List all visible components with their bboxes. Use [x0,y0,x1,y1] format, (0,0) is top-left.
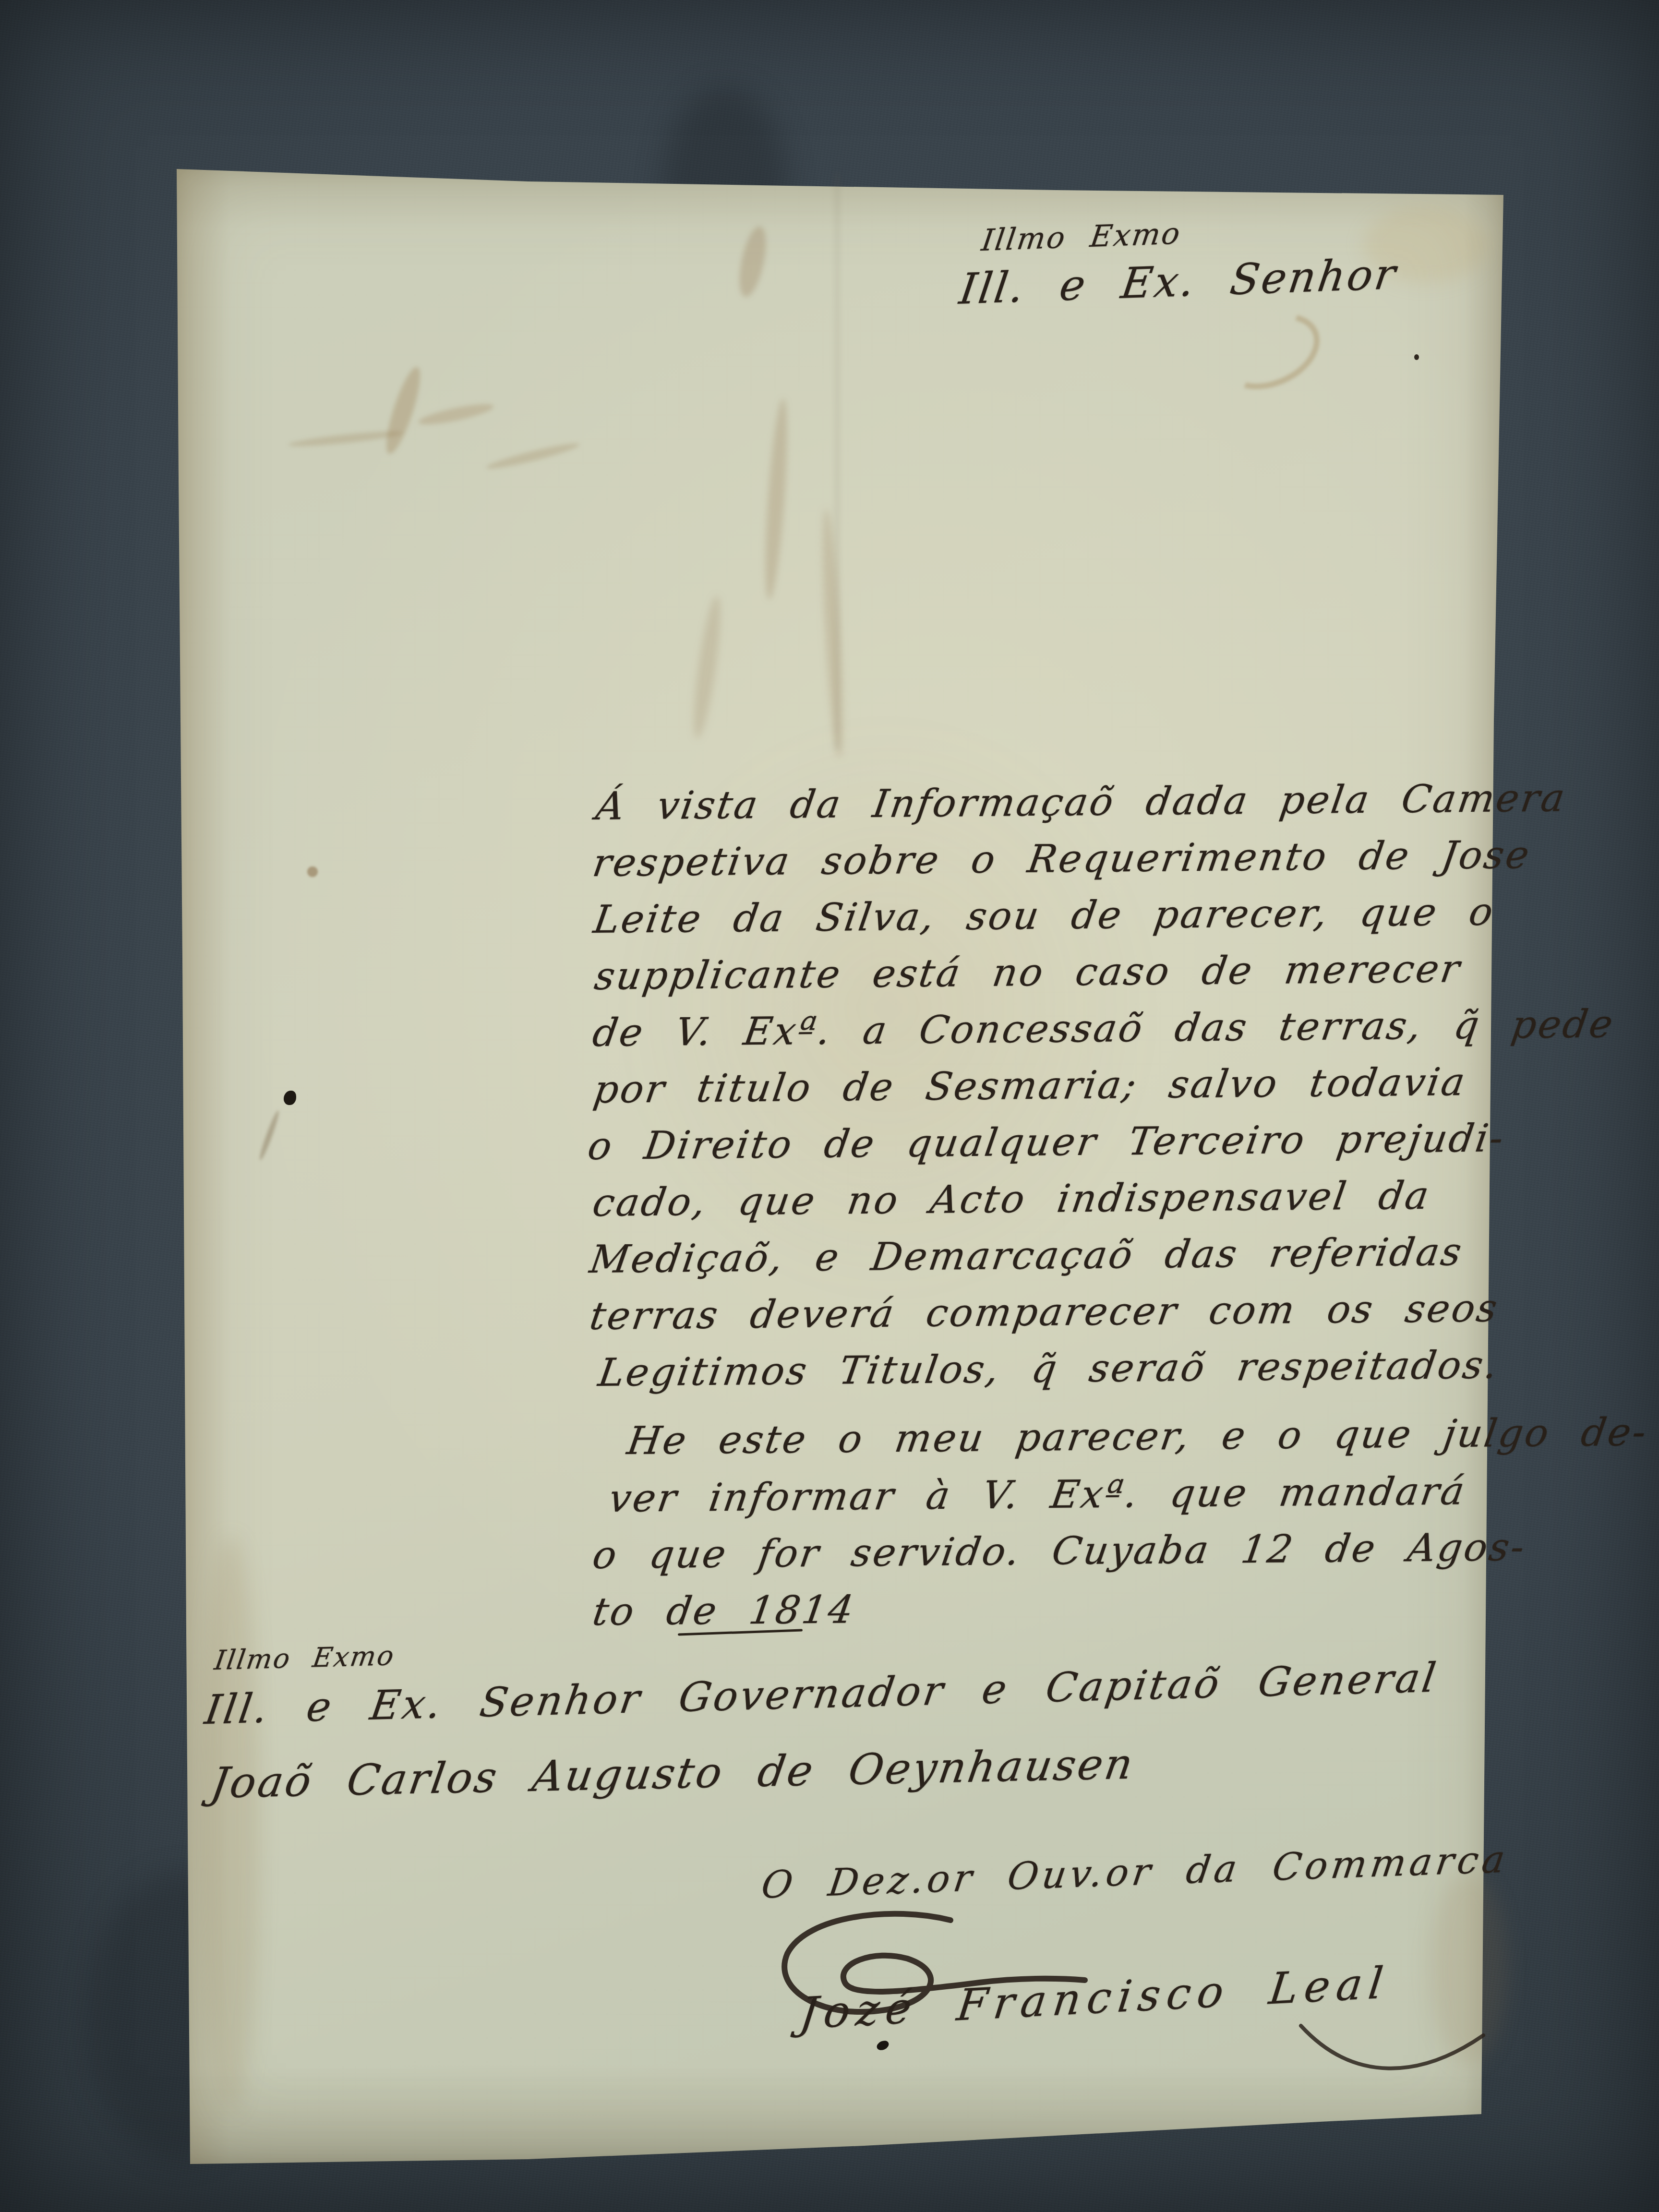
heading-superscript: Illmo Exmo [979,215,1184,259]
body-line-9: Mediçaõ, e Demarcaçaõ das referidas [587,1228,1467,1284]
address-superscript: Illmo Exmo [212,1639,397,1678]
body-line-4: supplicante está no caso de merecer [591,945,1465,1000]
body-line-14: o que for servido. Cuyaba 12 de Agos- [589,1523,1529,1579]
ink-dot [1414,354,1419,360]
body-line-3: Leite da Silva, sou de parecer, que o [590,888,1498,944]
body-line-12: He este o meu parecer, e o que julgo de- [624,1408,1651,1465]
signature-tail-flourish [1296,2007,1488,2083]
body-line-15-date: to de 1814 [589,1586,858,1636]
body-line-1: Á vista da Informaçaõ dada pela Camera [593,774,1570,830]
photo-of-manuscript: Illmo Exmo Ill. e Ex. Senhor Á vista da … [0,0,1659,2212]
body-line-7: o Direito de qualquer Terceiro prejudi- [585,1114,1508,1170]
body-line-8: cado, que no Acto indispensavel da [589,1172,1434,1227]
body-line-5: de V. Exª. a Concessaõ das terras, q̃ pe… [589,1000,1618,1057]
body-line-2: respetiva sobre o Requerimento de Jose [589,831,1534,887]
body-line-6: por titulo de Sesmaria; salvo todavia [590,1058,1470,1114]
body-line-11: Legitimos Titulos, q̃ seraõ respeitados. [595,1341,1503,1397]
body-line-10: terras deverá comparecer com os seos [587,1284,1502,1340]
body-line-13: ver informar à V. Exª. que mandará [606,1467,1469,1523]
